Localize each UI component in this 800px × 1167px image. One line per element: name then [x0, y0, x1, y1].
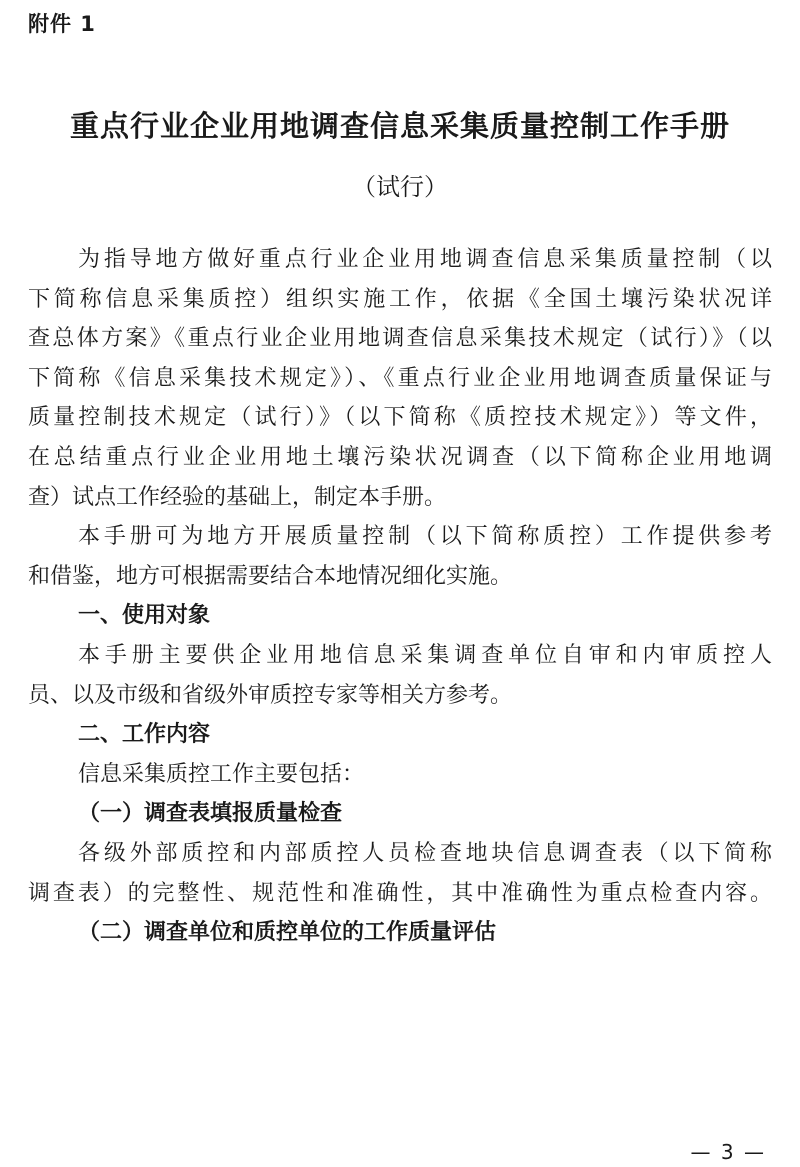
text-line: 和借鉴，地方可根据需要结合本地情况细化实施。 — [28, 557, 772, 597]
paragraph-intro: 为指导地方做好重点行业企业用地调查信息采集质量控制（以 下简称信息采集质控）组织… — [28, 240, 772, 517]
document-title: 重点行业企业用地调查信息采集质量控制工作手册 — [0, 104, 800, 145]
text-line: 查）试点工作经验的基础上，制定本手册。 — [28, 478, 772, 518]
document-subtitle: （试行） — [0, 167, 800, 202]
text-line: 查总体方案》《重点行业企业用地调查信息采集技术规定（试行）》（以 — [28, 319, 772, 359]
text-line: 下简称信息采集质控）组织实施工作，依据《全国土壤污染状况详 — [28, 280, 772, 320]
subsection-heading-survey-check: （一）调查表填报质量检查 — [28, 794, 772, 834]
text-line: 员、以及市级和省级外审质控专家等相关方参考。 — [28, 676, 772, 716]
paragraph-reference: 本手册可为地方开展质量控制（以下简称质控）工作提供参考 和借鉴，地方可根据需要结… — [28, 517, 772, 596]
paragraph-survey-check: 各级外部质控和内部质控人员检查地块信息调查表（以下简称 调查表）的完整性、规范性… — [28, 834, 772, 913]
text-line: 质量控制技术规定（试行）》（以下简称《质控技术规定》）等文件， — [28, 398, 772, 438]
attachment-label: 附件 1 — [28, 8, 96, 38]
text-line: 在总结重点行业企业用地土壤污染状况调查（以下简称企业用地调 — [28, 438, 772, 478]
text-line: 信息采集质控工作主要包括： — [28, 755, 772, 795]
section-heading-usage: 一、使用对象 — [28, 596, 772, 636]
text-line: 本手册可为地方开展质量控制（以下简称质控）工作提供参考 — [28, 517, 772, 557]
text-line: 为指导地方做好重点行业企业用地调查信息采集质量控制（以 — [28, 240, 772, 280]
section-heading-work-content: 二、工作内容 — [28, 715, 772, 755]
page-number: — 3 — — [691, 1140, 766, 1164]
text-line: 各级外部质控和内部质控人员检查地块信息调查表（以下简称 — [28, 834, 772, 874]
text-line: 本手册主要供企业用地信息采集调查单位自审和内审质控人 — [28, 636, 772, 676]
document-page: 附件 1 重点行业企业用地调查信息采集质量控制工作手册 （试行） 为指导地方做好… — [0, 0, 800, 1167]
document-body: 为指导地方做好重点行业企业用地调查信息采集质量控制（以 下简称信息采集质控）组织… — [28, 240, 772, 953]
text-line: 调查表）的完整性、规范性和准确性，其中准确性为重点检查内容。 — [28, 874, 772, 914]
paragraph-usage: 本手册主要供企业用地信息采集调查单位自审和内审质控人 员、以及市级和省级外审质控… — [28, 636, 772, 715]
subsection-heading-quality-assessment: （二）调查单位和质控单位的工作质量评估 — [28, 913, 772, 953]
text-line: 下简称《信息采集技术规定》）、《重点行业企业用地调查质量保证与 — [28, 359, 772, 399]
